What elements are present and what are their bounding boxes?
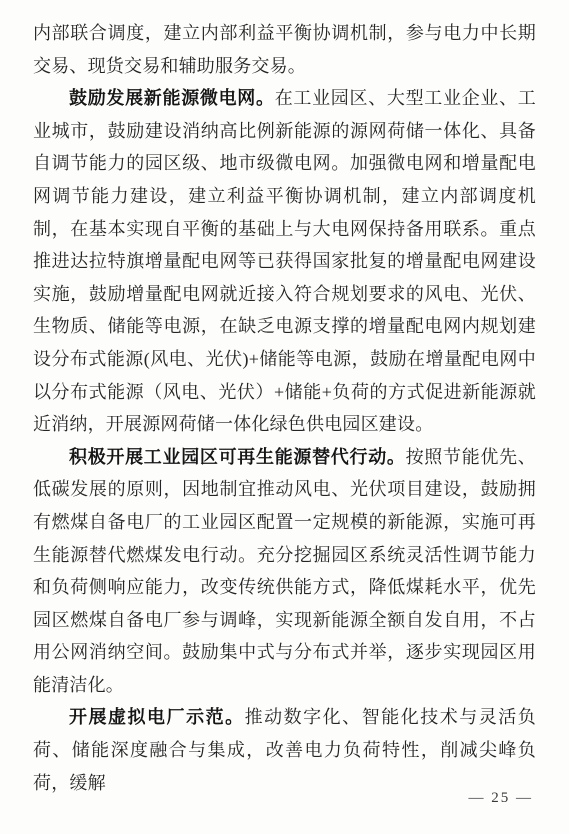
paragraph-text: 内部联合调度，建立内部利益平衡协调机制，参与电力中长期交易、现货交易和辅助服务交… xyxy=(33,23,536,76)
paragraph-lead-bold: 开展虚拟电厂示范。 xyxy=(69,707,245,727)
document-page: 内部联合调度，建立内部利益平衡协调机制，参与电力中长期交易、现货交易和辅助服务交… xyxy=(0,0,569,834)
paragraph: 鼓励发展新能源微电网。在工业园区、大型工业企业、工业城市，鼓励建设消纳高比例新能… xyxy=(33,82,536,441)
paragraph: 积极开展工业园区可再生能源替代行动。按照节能优先、低碳发展的原则，因地制宜推动风… xyxy=(33,441,536,702)
paragraph: 内部联合调度，建立内部利益平衡协调机制，参与电力中长期交易、现货交易和辅助服务交… xyxy=(33,17,536,82)
paragraph-lead-bold: 鼓励发展新能源微电网。 xyxy=(69,88,275,108)
paragraph: 开展虚拟电厂示范。推动数字化、智能化技术与灵活负荷、储能深度融合与集成，改善电力… xyxy=(33,701,536,799)
page-number: — 25 — xyxy=(469,790,534,807)
text-body: 内部联合调度，建立内部利益平衡协调机制，参与电力中长期交易、现货交易和辅助服务交… xyxy=(33,17,536,799)
paragraph-text: 按照节能优先、低碳发展的原则，因地制宜推动风电、光伏项目建设，鼓励拥有燃煤自备电… xyxy=(33,447,536,695)
paragraph-text: 在工业园区、大型工业企业、工业城市，鼓励建设消纳高比例新能源的源网荷储一体化、具… xyxy=(33,88,536,434)
paragraph-lead-bold: 积极开展工业园区可再生能源替代行动。 xyxy=(69,447,406,467)
